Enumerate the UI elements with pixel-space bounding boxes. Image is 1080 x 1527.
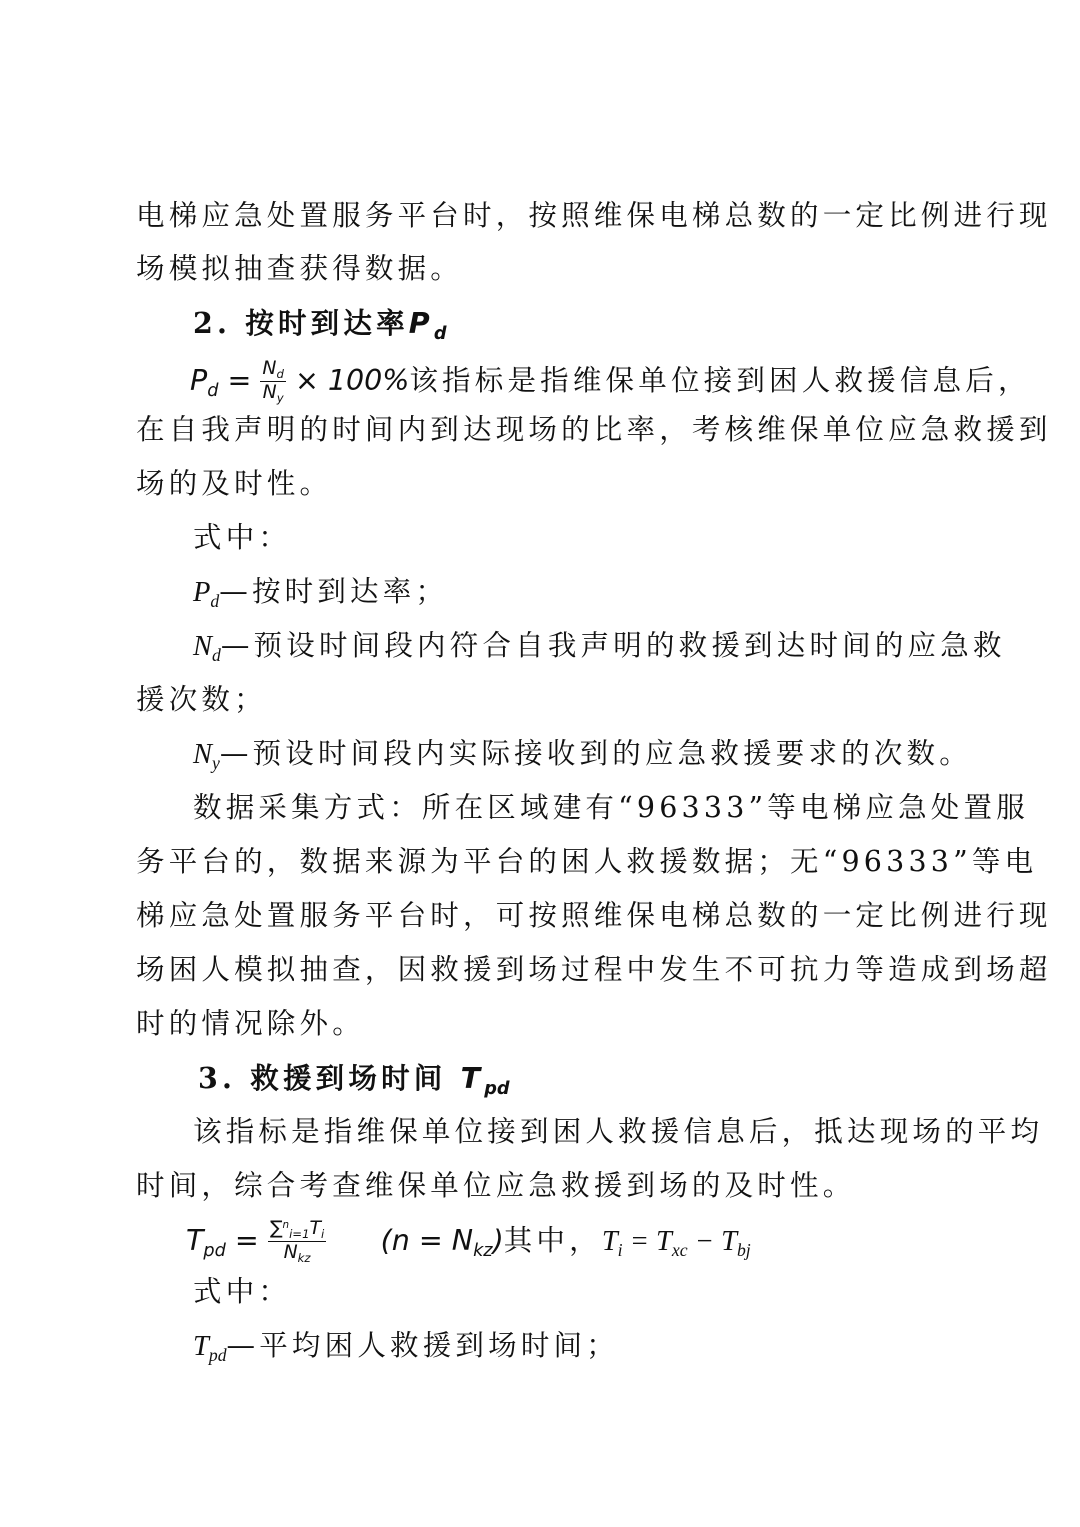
paragraph-line: 梯应急处置服务平台时，可按照维保电梯总数的一定比例进行现 [136, 896, 948, 936]
definition-pd: Pd—按时到达率； [193, 572, 948, 621]
paragraph-line: 援次数； [136, 680, 948, 720]
paragraph-line: 时的情况除外。 [136, 1004, 948, 1044]
heading-text: 3. 救援到场时间 [198, 1061, 461, 1095]
paragraph-text: 其中， [504, 1224, 602, 1257]
paragraph-line: 在自我声明的时间内到达现场的比率，考核维保单位应急救援到 [136, 410, 948, 450]
definition-ny: Ny—预设时间段内实际接收到的应急救援要求的次数。 [193, 734, 948, 783]
where-label: 式中： [193, 518, 948, 558]
paragraph-line: 场的及时性。 [136, 464, 948, 504]
paragraph-line: 电梯应急处置服务平台时，按照维保电梯总数的一定比例进行现 [136, 196, 948, 236]
paragraph-text: 该指标是指维保单位接到困人救援信息后， [409, 364, 1030, 397]
paragraph-line: 场困人模拟抽查，因救援到场过程中发生不可抗力等造成到场超 [136, 950, 948, 990]
paragraph-line: 务平台的，数据来源为平台的困人救援数据；无“96333”等电 [136, 842, 948, 882]
formula: Tpd = ∑ni=1TiNkz (n = Nkz) [186, 1224, 504, 1257]
formula-pd: Pd = NdNy × 100%该指标是指维保单位接到困人救援信息后， [190, 358, 1002, 411]
math-symbol: Nd [193, 631, 221, 662]
math-symbol: Tpd [461, 1062, 510, 1095]
definition-nd: Nd—预设时间段内符合自我声明的救援到达时间的应急救 [193, 626, 948, 675]
section-heading-2: 2. 按时到达率Pd [193, 303, 948, 354]
math-symbol: Pd [193, 577, 219, 608]
heading-text: 2. 按时到达率 [193, 306, 409, 340]
paragraph-line: 该指标是指维保单位接到困人救援信息后，抵达现场的平均 [193, 1112, 948, 1152]
paragraph-line: 时间，综合考查维保单位应急救援到场的及时性。 [136, 1166, 948, 1206]
formula: Ti = Txc − Tbj [602, 1226, 751, 1257]
paragraph-line: 数据采集方式：所在区域建有“96333”等电梯应急处置服 [193, 788, 948, 828]
definition-tpd: Tpd—平均困人救援到场时间； [193, 1326, 948, 1375]
formula-tpd: Tpd = ∑ni=1TiNkz (n = Nkz)其中，Ti = Txc − … [186, 1218, 998, 1271]
section-heading-3: 3. 救援到场时间 Tpd [198, 1058, 953, 1109]
where-label: 式中： [193, 1272, 948, 1312]
paragraph-line: 场模拟抽查获得数据。 [136, 249, 948, 289]
math-symbol: Ny [193, 739, 220, 770]
math-symbol: Tpd [193, 1331, 227, 1362]
formula: Pd = NdNy × 100% [190, 364, 409, 397]
math-symbol: Pd [409, 307, 447, 340]
